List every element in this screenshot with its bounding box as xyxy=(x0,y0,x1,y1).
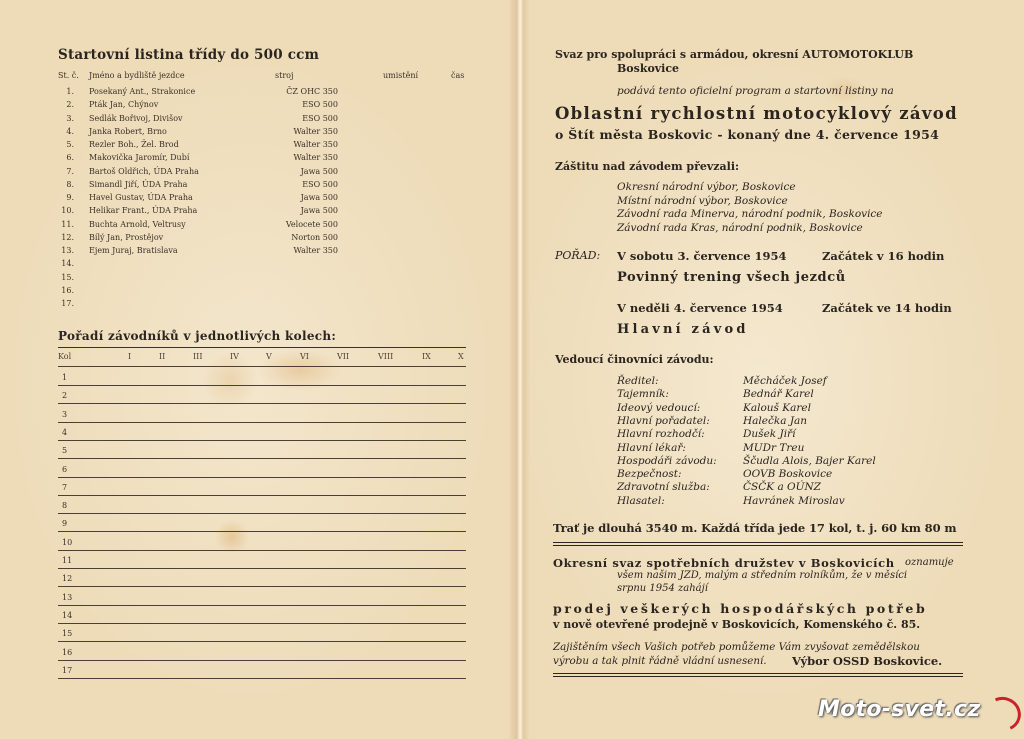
day1-start: Začátek v 16 hodin xyxy=(822,249,944,263)
lap-row-line[interactable] xyxy=(58,477,466,478)
lap-header-column: VII xyxy=(337,352,349,361)
lap-header-column: V xyxy=(266,352,272,361)
start-list-row: 3.Sedlák Bořivoj, DivišovESO 500 xyxy=(0,114,508,127)
start-list-row: 7.Bartoš Oldřich, ÚDA PrahaJawa 500 xyxy=(0,167,508,180)
lap-row-line[interactable] xyxy=(58,623,466,624)
start-number: 9. xyxy=(58,193,74,202)
lap-number: 7 xyxy=(62,483,67,492)
rider-bike: Walter 350 xyxy=(294,127,338,136)
lap-number: 4 xyxy=(62,428,67,437)
lap-header-column: II xyxy=(159,352,165,361)
lap-number: 5 xyxy=(62,446,67,455)
start-number: 13. xyxy=(58,246,74,255)
lap-row-line[interactable] xyxy=(58,531,466,532)
advert-headline: prodej veškerých hospodářských potřeb xyxy=(553,601,927,616)
official-role: Ředitel: xyxy=(617,375,659,387)
lap-row-line[interactable] xyxy=(58,641,466,642)
double-rule-top xyxy=(553,542,963,546)
header-place: umistění xyxy=(383,71,418,80)
lap-table-top-rule xyxy=(58,347,466,348)
advert-org: Okresní svaz spotřebních družstev v Bosk… xyxy=(553,556,895,570)
rider-name: Posekaný Ant., Strakonice xyxy=(89,87,195,96)
intro-text: podává tento oficielní program a startov… xyxy=(617,85,894,97)
lap-number: 1 xyxy=(62,373,67,382)
header-name: Jméno a bydliště jezdce xyxy=(89,71,185,80)
rider-bike: ČZ OHC 350 xyxy=(286,87,338,96)
lap-row-line[interactable] xyxy=(58,458,466,459)
rider-bike: Walter 350 xyxy=(294,153,338,162)
rider-bike: ESO 500 xyxy=(302,100,338,109)
patronage-heading: Záštitu nad závodem převzali: xyxy=(555,160,739,173)
start-list-row: 11.Buchta Arnold, VeltrusyVelocete 500 xyxy=(0,220,508,233)
start-list-row: 8.Simandl Jiří, ÚDA PrahaESO 500 xyxy=(0,180,508,193)
official-name: Měcháček Josef xyxy=(743,375,827,387)
rider-bike: Norton 500 xyxy=(291,233,338,242)
start-list-row: 4.Janka Robert, BrnoWalter 350 xyxy=(0,127,508,140)
day2-start: Začátek ve 14 hodin xyxy=(822,301,952,315)
rider-name: Ejem Juraj, Bratislava xyxy=(89,246,178,255)
program-label: POŘAD: xyxy=(555,249,600,262)
lap-row-line[interactable] xyxy=(58,495,466,496)
advert-announce-2: všem našim JZD, malým a středním rolníků… xyxy=(617,570,907,581)
start-list-row: 10.Helikar Frant., ÚDA PrahaJawa 500 xyxy=(0,206,508,219)
official-role: Hlavní lékař: xyxy=(617,442,686,454)
rider-bike: ESO 500 xyxy=(302,180,338,189)
lap-number: 6 xyxy=(62,465,67,474)
rider-name: Bartoš Oldřich, ÚDA Praha xyxy=(89,167,199,176)
lap-number: 13 xyxy=(62,593,72,602)
lap-number: 15 xyxy=(62,629,72,638)
rider-name: Rezler Boh., Žel. Brod xyxy=(89,140,179,149)
official-name: MUDr Treu xyxy=(743,442,804,454)
header-number: St. č. xyxy=(58,71,79,80)
lap-number: 12 xyxy=(62,574,72,583)
start-number: 17. xyxy=(58,299,74,308)
lap-row-line[interactable] xyxy=(58,403,466,404)
start-number: 12. xyxy=(58,233,74,242)
official-name: Halečka Jan xyxy=(743,415,807,427)
start-list-title: Startovní listina třídy do 500 ccm xyxy=(58,47,319,63)
official-role: Ideový vedoucí: xyxy=(617,402,700,414)
start-list-row: 1.Posekaný Ant., StrakoniceČZ OHC 350 xyxy=(0,87,508,100)
lap-header-column: X xyxy=(458,352,464,361)
start-number: 10. xyxy=(58,206,74,215)
start-number: 16. xyxy=(58,286,74,295)
start-list-row: 2.Pták Jan, ChýnovESO 500 xyxy=(0,100,508,113)
rider-name: Havel Gustav, ÚDA Praha xyxy=(89,193,193,202)
start-list-row: 16. xyxy=(0,286,508,299)
lap-row-line[interactable] xyxy=(58,660,466,661)
lap-number: 11 xyxy=(62,556,72,565)
start-number: 6. xyxy=(58,153,74,162)
lap-row-line[interactable] xyxy=(58,568,466,569)
rider-name: Makovička Jaromír, Dubí xyxy=(89,153,189,162)
advert-location: v nově otevřené prodejně v Boskovicích, … xyxy=(553,618,920,631)
start-number: 14. xyxy=(58,259,74,268)
rider-bike: Walter 350 xyxy=(294,246,338,255)
organizer-line-1: Svaz pro spolupráci s armádou, okresní A… xyxy=(555,48,913,61)
rider-name: Janka Robert, Brno xyxy=(89,127,167,136)
rider-name: Helikar Frant., ÚDA Praha xyxy=(89,206,197,215)
lap-row-line[interactable] xyxy=(58,586,466,587)
start-list-row: 14. xyxy=(0,259,508,272)
lap-order-title: Pořadí závodníků v jednotlivých kolech: xyxy=(58,329,336,343)
advert-signature: Výbor OSSD Boskovice. xyxy=(792,654,942,668)
official-name: ČSČK a OÚNZ xyxy=(743,481,821,493)
official-name: Kalouš Karel xyxy=(743,402,811,414)
rider-bike: Walter 350 xyxy=(294,140,338,149)
lap-number: 10 xyxy=(62,538,72,547)
patronage-item: Závodní rada Minerva, národní podnik, Bo… xyxy=(617,208,883,220)
start-list-row: 5.Rezler Boh., Žel. BrodWalter 350 xyxy=(0,140,508,153)
official-role: Tajemník: xyxy=(617,388,669,400)
officials-heading: Vedoucí činovníci závodu: xyxy=(555,353,714,366)
rider-bike: Velocete 500 xyxy=(286,220,338,229)
start-number: 8. xyxy=(58,180,74,189)
advert-announce-1: oznamuje xyxy=(905,557,954,568)
start-number: 1. xyxy=(58,87,74,96)
official-role: Zdravotní služba: xyxy=(617,481,710,493)
start-list-row: 13.Ejem Juraj, BratislavaWalter 350 xyxy=(0,246,508,259)
lap-header-column: IX xyxy=(422,352,431,361)
lap-number: 17 xyxy=(62,666,72,675)
rider-bike: Jawa 500 xyxy=(301,193,338,202)
event-subtitle: o Štít města Boskovic - konaný dne 4. če… xyxy=(555,127,939,142)
official-name: OOVB Boskovice xyxy=(743,468,832,480)
start-list-row: 9.Havel Gustav, ÚDA PrahaJawa 500 xyxy=(0,193,508,206)
lap-number: 16 xyxy=(62,648,72,657)
start-number: 4. xyxy=(58,127,74,136)
rider-bike: ESO 500 xyxy=(302,114,338,123)
lap-row-line[interactable] xyxy=(58,422,466,423)
left-page: Startovní listina třídy do 500 ccm St. č… xyxy=(0,0,508,739)
lap-number: 2 xyxy=(62,391,67,400)
patronage-item: Místní národní výbor, Boskovice xyxy=(617,195,788,207)
lap-header-column: III xyxy=(193,352,202,361)
day2-date: V neděli 4. července 1954 xyxy=(617,301,783,315)
lap-header-rule xyxy=(58,366,466,367)
start-list-row: 6.Makovička Jaromír, DubíWalter 350 xyxy=(0,153,508,166)
lap-row-line[interactable] xyxy=(58,678,466,679)
patronage-item: Závodní rada Kras, národní podnik, Bosko… xyxy=(617,222,863,234)
advert-closing-2: výrobu a tak plnit řádně vládní usnesení… xyxy=(553,655,767,667)
official-name: Ščudla Alois, Bajer Karel xyxy=(743,455,876,467)
official-role: Hospodáři závodu: xyxy=(617,455,717,467)
start-number: 3. xyxy=(58,114,74,123)
start-list-row: 12.Bílý Jan, ProstějovNorton 500 xyxy=(0,233,508,246)
lap-header-kol: Kol xyxy=(58,352,71,361)
advert-announce-3: srpnu 1954 zahájí xyxy=(617,583,708,594)
official-role: Hlavní pořadatel: xyxy=(617,415,710,427)
double-rule-bottom xyxy=(553,673,963,677)
organizer-line-2: Boskovice xyxy=(617,62,679,75)
lap-header-column: VI xyxy=(300,352,309,361)
lap-row-line[interactable] xyxy=(58,513,466,514)
lap-row-line[interactable] xyxy=(58,550,466,551)
rider-name: Buchta Arnold, Veltrusy xyxy=(89,220,186,229)
lap-row-line[interactable] xyxy=(58,385,466,386)
lap-number: 8 xyxy=(62,501,67,510)
header-bike: stroj xyxy=(275,71,293,80)
lap-number: 9 xyxy=(62,519,67,528)
official-name: Dušek Jiří xyxy=(743,428,795,440)
rider-name: Simandl Jiří, ÚDA Praha xyxy=(89,180,187,189)
lap-header-column: IV xyxy=(230,352,239,361)
day1-event: Povinný trening všech jezdců xyxy=(617,270,846,285)
lap-header-column: VIII xyxy=(378,352,393,361)
official-role: Hlasatel: xyxy=(617,495,665,507)
start-number: 2. xyxy=(58,100,74,109)
official-name: Bednář Karel xyxy=(743,388,814,400)
lap-header-column: I xyxy=(128,352,131,361)
day1-date: V sobotu 3. července 1954 xyxy=(617,249,787,263)
official-role: Bezpečnost: xyxy=(617,468,682,480)
event-title: Oblastní rychlostní motocyklový závod xyxy=(555,104,958,123)
center-fold xyxy=(508,0,530,739)
start-number: 7. xyxy=(58,167,74,176)
start-number: 15. xyxy=(58,273,74,282)
rider-bike: Jawa 500 xyxy=(301,206,338,215)
header-time: čas xyxy=(451,71,464,80)
rider-name: Bílý Jan, Prostějov xyxy=(89,233,163,242)
lap-number: 3 xyxy=(62,410,67,419)
rider-bike: Jawa 500 xyxy=(301,167,338,176)
patronage-item: Okresní národní výbor, Boskovice xyxy=(617,181,796,193)
official-name: Havránek Miroslav xyxy=(743,495,845,507)
start-number: 11. xyxy=(58,220,74,229)
rider-name: Pták Jan, Chýnov xyxy=(89,100,158,109)
lap-row-line[interactable] xyxy=(58,605,466,606)
lap-row-line[interactable] xyxy=(58,440,466,441)
day2-event: Hlavní závod xyxy=(617,322,749,337)
start-number: 5. xyxy=(58,140,74,149)
official-role: Hlavní rozhodčí: xyxy=(617,428,705,440)
lap-number: 14 xyxy=(62,611,72,620)
start-list-row: 17. xyxy=(0,299,508,312)
rider-name: Sedlák Bořivoj, Divišov xyxy=(89,114,183,123)
track-info: Trať je dlouhá 3540 m. Každá třída jede … xyxy=(553,521,956,535)
advert-closing-1: Zajištěním všech Vašich potřeb pomůžeme … xyxy=(553,641,920,653)
watermark-logo: Moto-svet.cz xyxy=(818,697,980,722)
start-list-row: 15. xyxy=(0,273,508,286)
